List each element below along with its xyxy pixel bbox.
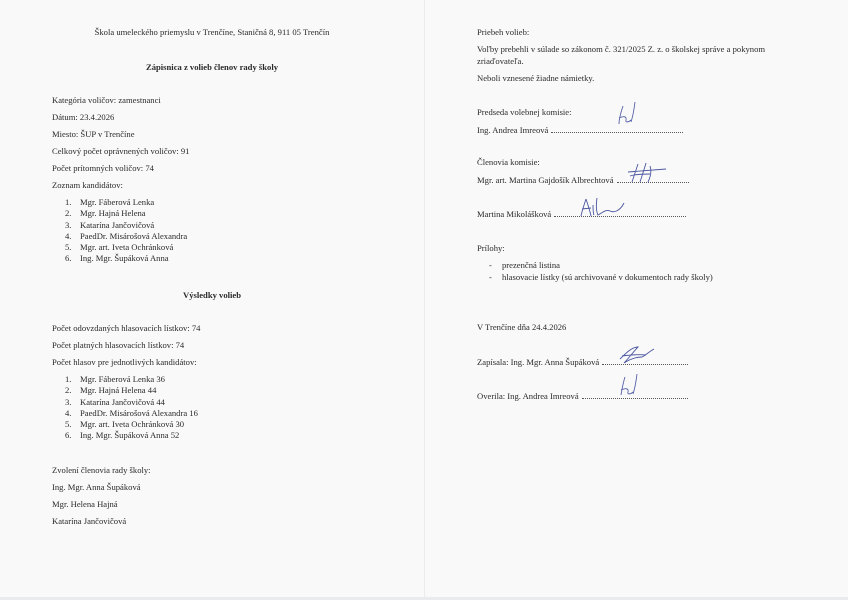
vote-result-item: 1.Mgr. Fáberová Lenka 36 — [65, 374, 198, 385]
member2-signature-icon — [578, 195, 630, 224]
elected-member-2: Mgr. Helena Hajná — [52, 499, 118, 510]
list-text: Mgr. Hajná Helena — [80, 208, 146, 218]
list-number: 3. — [65, 397, 71, 408]
votes-list: 1.Mgr. Fáberová Lenka 362.Mgr. Hajná Hel… — [65, 374, 198, 442]
list-text: Mgr. art. Iveta Ochránková — [80, 242, 173, 252]
election-place: Miesto: ŠUP v Trenčíne — [52, 129, 135, 140]
list-text: Ing. Mgr. Šupáková Anna 52 — [80, 430, 179, 440]
results-heading: Výsledky volieb — [0, 290, 424, 301]
course-text-line1: Voľby prebehli v súlade so zákonom č. 32… — [477, 44, 765, 55]
members-label: Členovia komisie: — [477, 157, 540, 168]
list-text: Katarína Jančovičová — [80, 220, 154, 230]
candidate-item: 1.Mgr. Fáberová Lenka — [65, 197, 187, 208]
vote-result-item: 6.Ing. Mgr. Šupáková Anna 52 — [65, 430, 198, 441]
voter-category: Kategória voličov: zamestnanci — [52, 95, 161, 106]
list-number: 2. — [65, 385, 71, 396]
list-text: Katarína Jančovičová 44 — [80, 397, 165, 407]
election-date: Dátum: 23.4.2026 — [52, 112, 114, 123]
list-number: 2. — [65, 208, 71, 219]
list-text: Mgr. Hajná Helena 44 — [80, 385, 156, 395]
course-text-line2: zriaďovateľa. — [477, 56, 524, 67]
member1-name: Mgr. art. Martina Gajdošík Albrechtová — [477, 175, 614, 185]
document-title: Zápisnica z volieb členov rady školy — [0, 62, 424, 73]
verifier-signature-icon — [619, 373, 659, 406]
candidate-item: 5.Mgr. art. Iveta Ochránková — [65, 242, 187, 253]
ballots-valid: Počet platných hlasovacích lístkov: 74 — [52, 340, 184, 351]
list-number: 4. — [65, 408, 71, 419]
course-label: Priebeh volieb: — [477, 27, 529, 38]
ballots-cast: Počet odovzdaných hlasovacích lístkov: 7… — [52, 323, 200, 334]
list-number: 4. — [65, 231, 71, 242]
vote-result-item: 5.Mgr. art. Iveta Ochránková 30 — [65, 419, 198, 430]
elected-member-1: Ing. Mgr. Anna Šupáková — [52, 482, 141, 493]
list-number: 5. — [65, 242, 71, 253]
list-text: Mgr. Fáberová Lenka — [80, 197, 154, 207]
candidate-list: 1.Mgr. Fáberová Lenka2.Mgr. Hajná Helena… — [65, 197, 187, 265]
member1-signature-icon — [626, 162, 674, 189]
recorded-by: Zapísala: Ing. Mgr. Anna Šupáková — [477, 357, 599, 367]
list-text: Mgr. Fáberová Lenka 36 — [80, 374, 165, 384]
school-header: Škola umeleckého priemyslu v Trenčíne, S… — [0, 27, 424, 38]
list-text: PaedDr. Misárošová Alexandra 16 — [80, 408, 198, 418]
list-text: PaedDr. Misárošová Alexandra — [80, 231, 187, 241]
attachments-list: prezenčná listinahlasovacie lístky (sú a… — [489, 260, 713, 283]
votes-label: Počet hlasov pre jednotlivých kandidátov… — [52, 357, 197, 368]
list-number: 1. — [65, 374, 71, 385]
chair-name: Ing. Andrea Imreová — [477, 125, 548, 135]
attachment-item: hlasovacie lístky (sú archivované v doku… — [489, 272, 713, 284]
closing-place-date: V Trenčíne dňa 24.4.2026 — [477, 322, 566, 333]
list-number: 3. — [65, 220, 71, 231]
list-number: 6. — [65, 430, 71, 441]
list-text: Mgr. art. Iveta Ochránková 30 — [80, 419, 184, 429]
candidate-item: 6.Ing. Mgr. Šupáková Anna — [65, 253, 187, 264]
chair-label: Predseda volebnej komisie: — [477, 107, 572, 118]
candidate-item: 4.PaedDr. Misárošová Alexandra — [65, 231, 187, 242]
list-number: 6. — [65, 253, 71, 264]
candidate-item: 3.Katarína Jančovičová — [65, 220, 187, 231]
page-right — [425, 0, 848, 597]
attachments-label: Prílohy: — [477, 243, 505, 254]
elected-label: Zvolení členovia rady školy: — [52, 465, 151, 476]
candidate-item: 2.Mgr. Hajná Helena — [65, 208, 187, 219]
verified-by: Overila: Ing. Andrea Imreová — [477, 391, 579, 401]
list-text: Ing. Mgr. Šupáková Anna — [80, 253, 169, 263]
candidates-label: Zoznam kandidátov: — [52, 180, 123, 191]
vote-result-item: 4.PaedDr. Misárošová Alexandra 16 — [65, 408, 198, 419]
attachment-item: prezenčná listina — [489, 260, 713, 272]
recorder-signature-icon — [616, 345, 660, 370]
list-number: 1. — [65, 197, 71, 208]
objections-text: Neboli vznesené žiadne námietky. — [477, 73, 594, 84]
list-number: 5. — [65, 419, 71, 430]
elected-member-3: Katarína Jančovičová — [52, 516, 126, 527]
chair-signature-icon — [617, 100, 657, 135]
present-voters: Počet prítomných voličov: 74 — [52, 163, 154, 174]
member2-name: Martina Mikolášková — [477, 209, 551, 219]
vote-result-item: 2.Mgr. Hajná Helena 44 — [65, 385, 198, 396]
eligible-voters: Celkový počet oprávnených voličov: 91 — [52, 146, 189, 157]
vote-result-item: 3.Katarína Jančovičová 44 — [65, 397, 198, 408]
